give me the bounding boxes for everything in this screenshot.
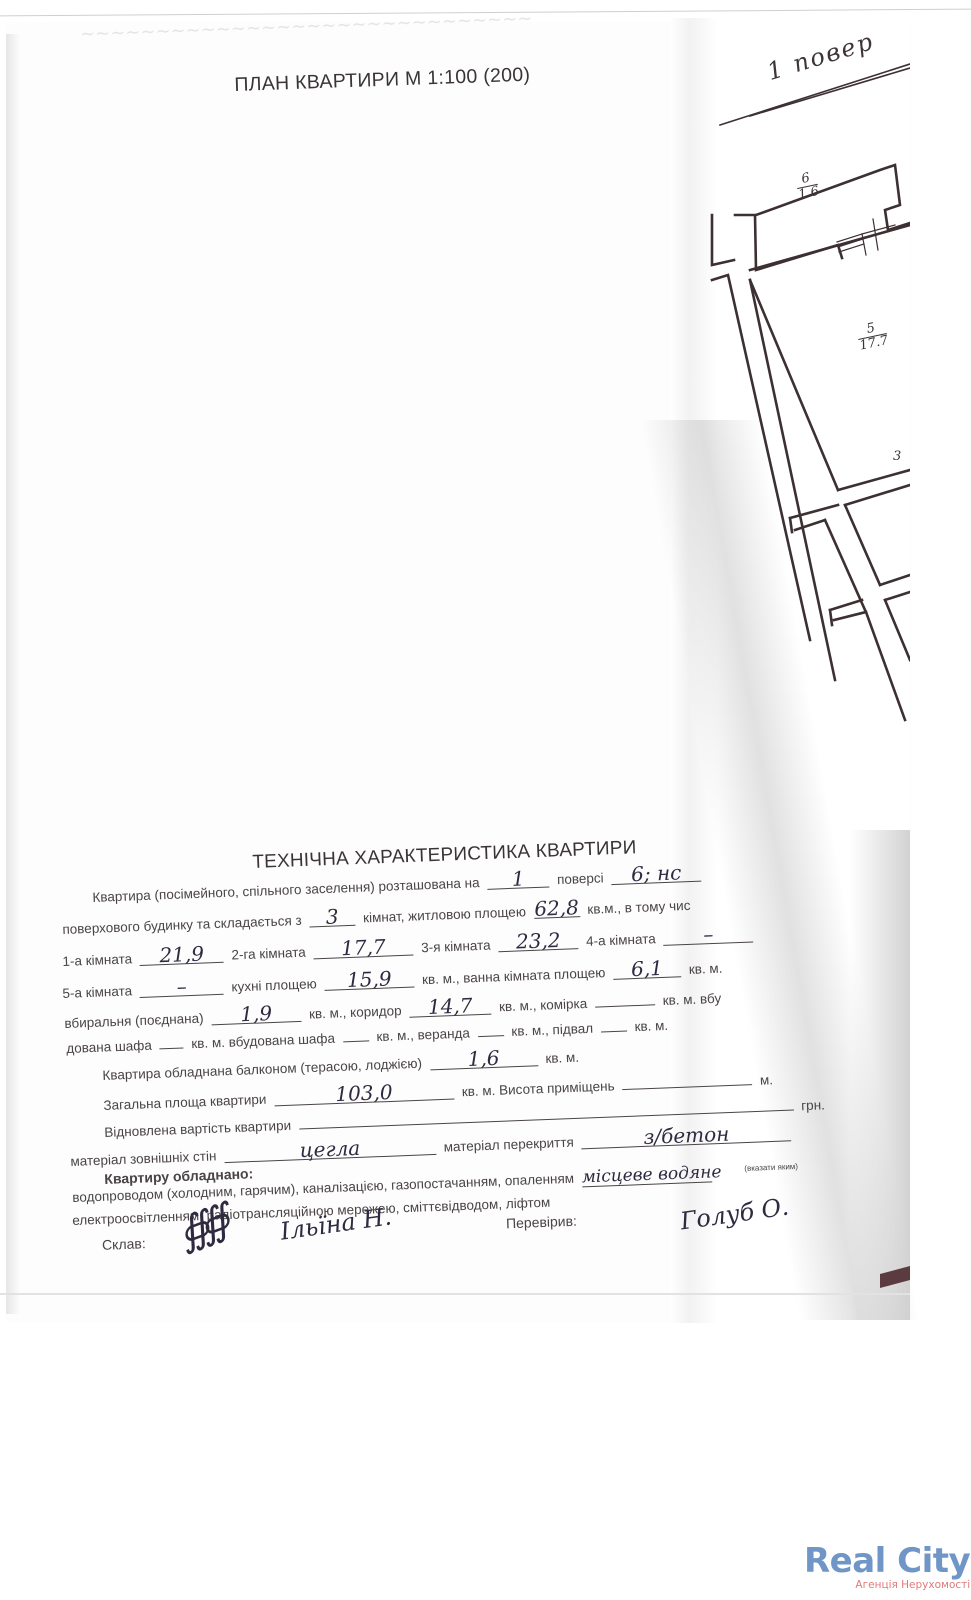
floor-value: 1 [487,868,550,889]
room4-area: – [663,923,754,945]
heating-hint: (вказати яким) [744,1158,798,1178]
floor-plan-drawing [690,20,910,740]
living-area-value: 62,8 [533,898,580,919]
room1-area: 21,9 [139,944,224,966]
logo-brand: Real City [804,1544,970,1578]
rooms-count-value: 3 [309,907,356,928]
page-shadow [6,34,20,1314]
composed-label: Склав: [102,1235,146,1253]
checked-label: Перевірив: [506,1213,577,1232]
corridor-area: 14,7 [409,996,492,1018]
wc-area: 1,9 [211,1003,302,1025]
room5-area: – [139,976,224,998]
room3-area: 23,2 [498,930,579,952]
kitchen-area: 15,9 [324,968,415,990]
page-curl-shadow-right [850,830,910,1320]
floors-total-value: 6; нс [611,863,702,885]
room-label-5: 5 17.7 [855,319,889,353]
room2-area: 17,7 [313,937,414,960]
scan-bottom-edge [0,1293,910,1295]
room-label-3: 3 [893,450,901,464]
balcony-area: 1,6 [429,1047,538,1070]
real-city-logo: Real City Агенція Нерухомості [804,1544,970,1591]
bathroom-area: 6,1 [613,958,682,980]
